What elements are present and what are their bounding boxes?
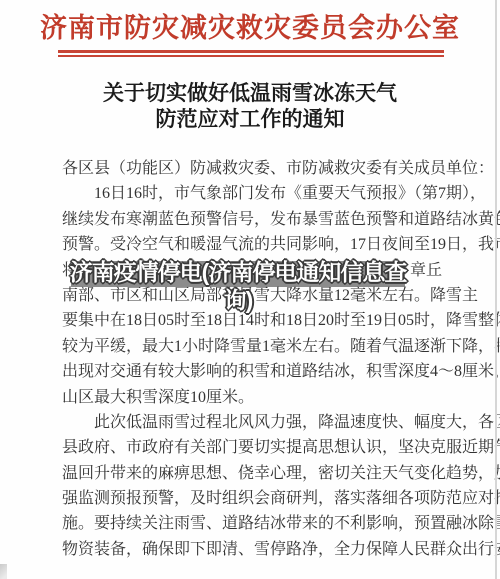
watermark-line-1: 济南疫情停电(济南停电通知信息查 [66, 259, 410, 287]
body-line: 预警。受冷空气和暖湿气流的共同影响，17日夜间至19日，我市 [62, 232, 442, 257]
doc-title: 关于切实做好低温雨雪冰冻天气 防范应对工作的通知 [0, 80, 500, 132]
org-header-title: 济南市防灾减灾救灾委员会办公室 [0, 10, 500, 46]
body-line: 继续发布寒潮蓝色预警信号，发布暴雪蓝色预警和道路结冰黄色 [62, 207, 442, 232]
body-line: 16日16时，市气象部门发布《重要天气预报》（第7期）， [62, 181, 442, 206]
watermark-line-2: 询) [66, 287, 410, 315]
body-line: 强监测预报预警，及时组织会商研判，落实落细各项防范应对措 [62, 486, 442, 511]
doc-title-line-1: 关于切实做好低温雨雪冰冻天气 [0, 80, 500, 106]
body-line: 山区最大积雪深度10厘米。 [62, 385, 442, 410]
scan-artifact [0, 564, 7, 579]
body-fragment-right: 章丘 [410, 258, 442, 283]
notice-body: 各区县（功能区）防减救灾委、市防减救灾委有关成员单位： 16日16时，市气象部门… [62, 156, 442, 562]
body-line: 施。要持续关注雨雪、道路结冰带来的不利影响，预置融冰除雪 [62, 511, 442, 536]
header-rule-bottom [58, 55, 444, 57]
header-double-rule [58, 50, 444, 57]
body-line: 温回升带来的麻痹思想、侥幸心理，密切关注天气变化趋势，加 [62, 461, 442, 486]
body-line: 出现对交通有较大影响的积雪和道路结冰，积雪深度4～8厘米， [62, 359, 442, 384]
body-line: 较为平缓，最大1小时降雪量1毫米左右。随着气温逐渐下降，将 [62, 334, 442, 359]
body-line: 物资装备，确保即下即清、雪停路净，全力保障人民群众出行安 [62, 537, 442, 562]
body-line: 此次低温雨雪过程北风风力强，降温速度快、幅度大，各区 [62, 410, 442, 435]
page-scan-edge [495, 0, 497, 579]
body-line: 县政府、市政府有关部门要切实提高思想认识，坚决克服近期气 [62, 435, 442, 460]
watermark-caption: 济南疫情停电(济南停电通知信息查 询) [66, 259, 410, 314]
doc-title-line-2: 防范应对工作的通知 [0, 106, 500, 132]
body-line-salutation: 各区县（功能区）防减救灾委、市防减救灾委有关成员单位： [62, 156, 442, 181]
scanned-document-page: 济南市防灾减灾救灾委员会办公室 关于切实做好低温雨雪冰冻天气 防范应对工作的通知… [0, 0, 500, 579]
